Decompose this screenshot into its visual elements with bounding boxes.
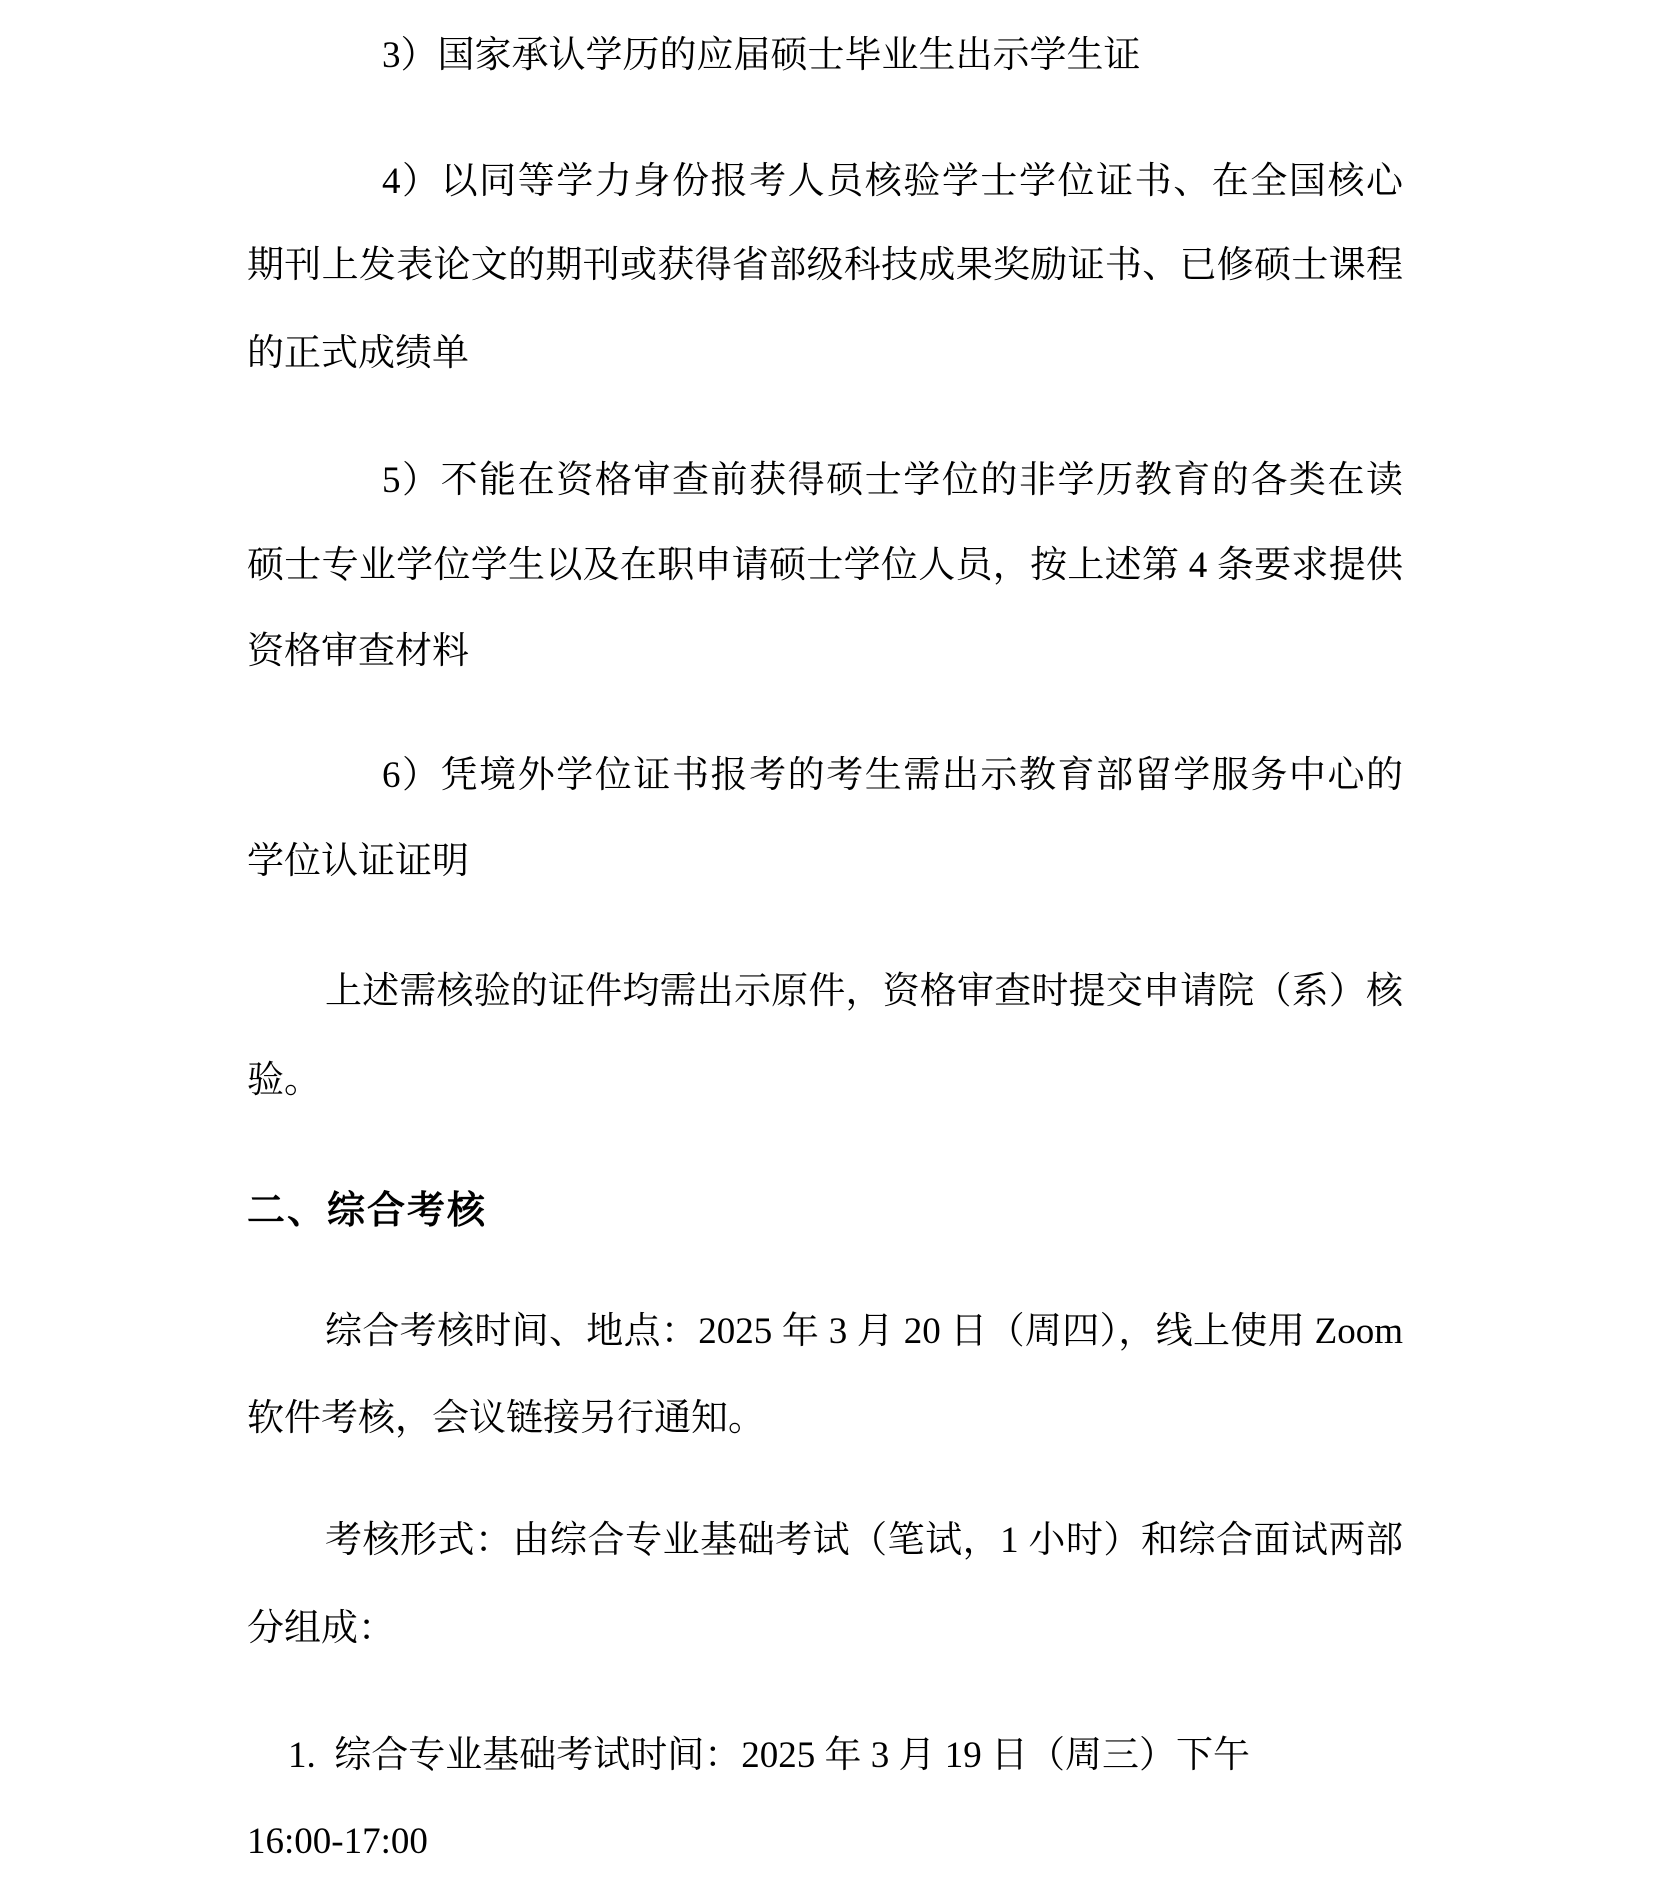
paragraph-verify-line-2: 验。 <box>247 1058 321 1104</box>
list-item-3: 3）国家承认学历的应届硕士毕业生出示学生证 <box>382 33 1141 79</box>
list-item-4-line-1: 4）以同等学力身份报考人员核验学士学位证书、在全国核心 <box>382 159 1403 205</box>
list-item-5-line-1: 5）不能在资格审查前获得硕士学位的非学历教育的各类在读 <box>382 458 1403 504</box>
paragraph-verify-line-1: 上述需核验的证件均需出示原件，资格审查时提交申请院（系）核 <box>325 969 1403 1015</box>
list-item-6-line-1: 6）凭境外学位证书报考的考生需出示教育部留学服务中心的 <box>382 753 1403 799</box>
document-page: 3）国家承认学历的应届硕士毕业生出示学生证 4）以同等学力身份报考人员核验学士学… <box>0 0 1654 1902</box>
numbered-item-1-line-1: 1. 综合专业基础考试时间：2025 年 3 月 19 日（周三）下午 <box>288 1733 1250 1779</box>
list-item-5-line-3: 资格审查材料 <box>247 629 469 675</box>
paragraph-format-line-2: 分组成： <box>247 1606 395 1652</box>
section-heading: 二、综合考核 <box>247 1188 487 1234</box>
numbered-item-1-line-2: 16:00-17:00 <box>247 1819 428 1865</box>
paragraph-format-line-1: 考核形式：由综合专业基础考试（笔试，1 小时）和综合面试两部 <box>325 1518 1403 1564</box>
list-item-4-line-3: 的正式成绩单 <box>247 331 469 377</box>
paragraph-time-line-1: 综合考核时间、地点：2025 年 3 月 20 日（周四），线上使用 Zoom <box>325 1309 1403 1355</box>
paragraph-time-line-2: 软件考核，会议链接另行通知。 <box>247 1396 765 1442</box>
list-item-5-line-2: 硕士专业学位学生以及在职申请硕士学位人员，按上述第 4 条要求提供 <box>247 543 1403 589</box>
list-item-6-line-2: 学位认证证明 <box>247 839 469 885</box>
list-item-4-line-2: 期刊上发表论文的期刊或获得省部级科技成果奖励证书、已修硕士课程 <box>247 243 1403 289</box>
